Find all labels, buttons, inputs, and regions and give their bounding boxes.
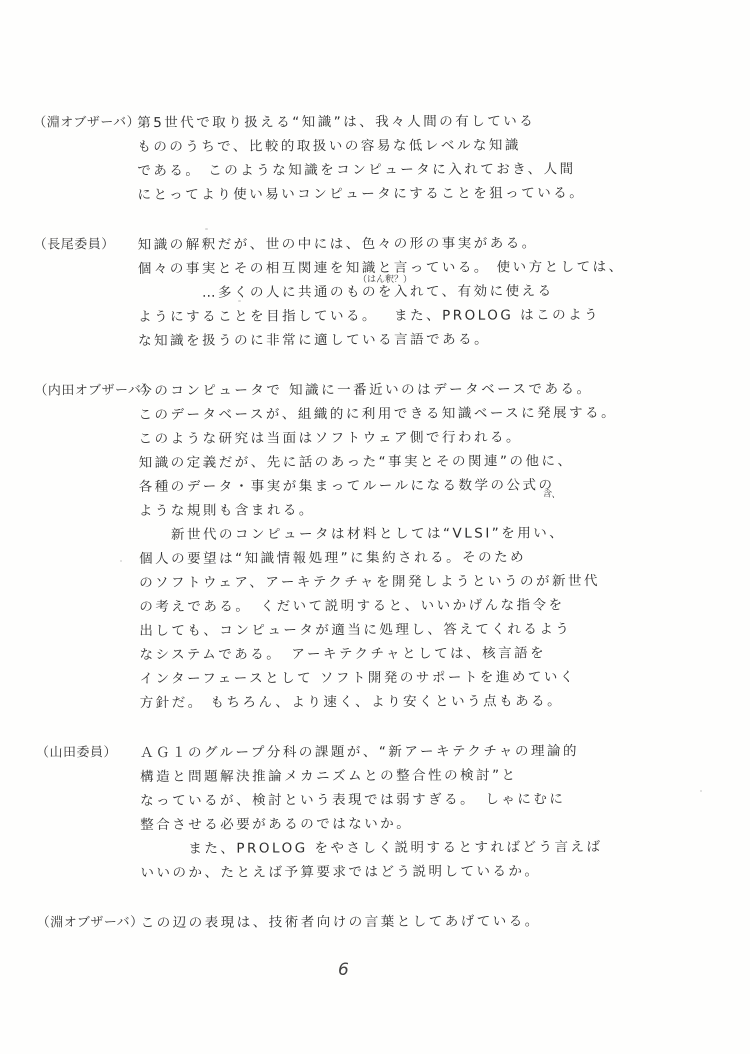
minutes-entry: （淵オブザーバ）第5世代で取り扱える“知識”は、我々人間の有しているもののうちで… xyxy=(33,109,721,208)
speaker-label: （淵オブザーバ） xyxy=(33,111,137,135)
handwritten-line: この辺の表現は、技術者向けの言葉としてあげている。 xyxy=(141,908,725,935)
handwritten-line: 整合させる必要があるのではないか。 xyxy=(140,810,724,837)
handwritten-line: このような研究は当面はソフトウェア側で行われる。 xyxy=(139,425,723,452)
scanned-minutes-page: （淵オブザーバ）第5世代で取り扱える“知識”は、我々人間の有しているもののうちで… xyxy=(0,0,750,1054)
insertion-correction-note: 含、 xyxy=(542,486,562,501)
handwritten-line: 個人の要望は“知識情報処理”に集約される。そのため xyxy=(139,544,723,571)
handwritten-line: である。 このような知識をコンピュータに入れておき、人間 xyxy=(137,157,721,184)
handwritten-line: なシステムである。 アーキテクチャとしては、核言語を xyxy=(139,640,723,667)
handwritten-line: の考えである。 くだいて説明すると、いいかげんな指令を xyxy=(139,592,723,619)
handwritten-line: インターフェースとして ソフト開発のサポートを進めていく xyxy=(140,664,724,691)
entry-text: 知識の解釈だが、世の中には、色々の形の事実がある。個々の事実とその相互関連を知識… xyxy=(138,231,723,354)
entry-text: 今のコンピュータで 知識に一番近いのはデータベースである。このデータベースが、組… xyxy=(138,377,723,716)
interlinear-correction-note: （はん釈？） xyxy=(358,272,412,285)
handwritten-line: のソフトウェア、アーキテクチャを開発しようというのが新世代 xyxy=(139,568,723,595)
handwritten-line: 方針だ。 もちろん、より速く、より安くという点もある。 xyxy=(140,688,724,715)
entry-text: ＡＧ１のグループ分科の課題が、“新アーキテクチャの理論的構造と問題解決推論メカニ… xyxy=(140,738,725,885)
handwritten-line: いいのか、たとえば予算要求ではどう説明しているか。 xyxy=(140,858,724,885)
handwritten-line: 構造と問題解決推論メカニズムとの整合性の検討”と xyxy=(140,762,724,789)
entry-text: この辺の表現は、技術者向けの言葉としてあげている。 xyxy=(141,908,725,935)
minutes-entry: （長尾委員）知識の解釈だが、世の中には、色々の形の事実がある。個々の事実とその相… xyxy=(34,231,723,354)
page-number: 6 xyxy=(338,960,349,980)
speaker-label: （山田委員） xyxy=(36,741,140,765)
entry-text: 第5世代で取り扱える“知識”は、我々人間の有しているもののうちで、比較的取扱いの… xyxy=(137,109,721,208)
handwritten-line: 今のコンピュータで 知識に一番近いのはデータベースである。 xyxy=(138,377,722,404)
handwritten-line: 第5世代で取り扱える“知識”は、我々人間の有している xyxy=(137,109,721,136)
handwritten-line: な知識を扱うのに非常に適している言語である。 xyxy=(138,327,722,354)
handwritten-line: ＡＧ１のグループ分科の課題が、“新アーキテクチャの理論的 xyxy=(140,738,724,765)
handwritten-line: にとってより使い易いコンピュータにすることを狙っている。 xyxy=(137,181,721,208)
speaker-label: （内田オブザーバ） xyxy=(34,379,138,403)
minutes-entry: （淵オブザーバ）この辺の表現は、技術者向けの言葉としてあげている。 xyxy=(37,908,725,935)
handwritten-line: 知識の解釈だが、世の中には、色々の形の事実がある。 xyxy=(138,231,722,258)
handwritten-line: 各種のデータ・事実が集まってルールになる数学の公式の xyxy=(139,472,723,499)
entries: （淵オブザーバ）第5世代で取り扱える“知識”は、我々人間の有しているもののうちで… xyxy=(33,109,725,962)
handwritten-line: ようにすることを目指している。 また、PROLOG はこのよう xyxy=(138,303,722,330)
minutes-entry: （内田オブザーバ）今のコンピュータで 知識に一番近いのはデータベースである。この… xyxy=(34,377,723,716)
speaker-label: （淵オブザーバ） xyxy=(37,911,141,935)
handwritten-line: 新世代のコンピュータは材料としては“VLSI”を用い、 xyxy=(139,520,723,547)
handwritten-line: 出しても、コンピュータが適当に処理し、答えてくれるよう xyxy=(139,616,723,643)
handwritten-line: 知識の定義だが、先に話のあった“事実とその関連”の他に、 xyxy=(139,448,723,475)
handwritten-line: 個々の事実とその相互関連を知識と言っている。 使い方としては、 xyxy=(138,255,722,282)
handwritten-line: なっているが、検討という表現では弱すぎる。 しゃにむに xyxy=(140,786,724,813)
handwritten-line: また、PROLOG をやさしく説明するとすればどう言えば xyxy=(140,834,724,861)
handwritten-line: …多くの人に共通のものを入れて、有効に使える xyxy=(138,279,722,306)
speaker-label: （長尾委員） xyxy=(34,233,138,257)
handwritten-line: もののうちで、比較的取扱いの容易な低レベルな知識 xyxy=(137,133,721,160)
handwritten-line: ような規則も含まれる。 xyxy=(139,496,723,523)
handwritten-line: このデータベースが、組織的に利用できる知識ベースに発展する。 xyxy=(138,401,722,428)
minutes-entry: （山田委員）ＡＧ１のグループ分科の課題が、“新アーキテクチャの理論的構造と問題解… xyxy=(36,738,725,885)
